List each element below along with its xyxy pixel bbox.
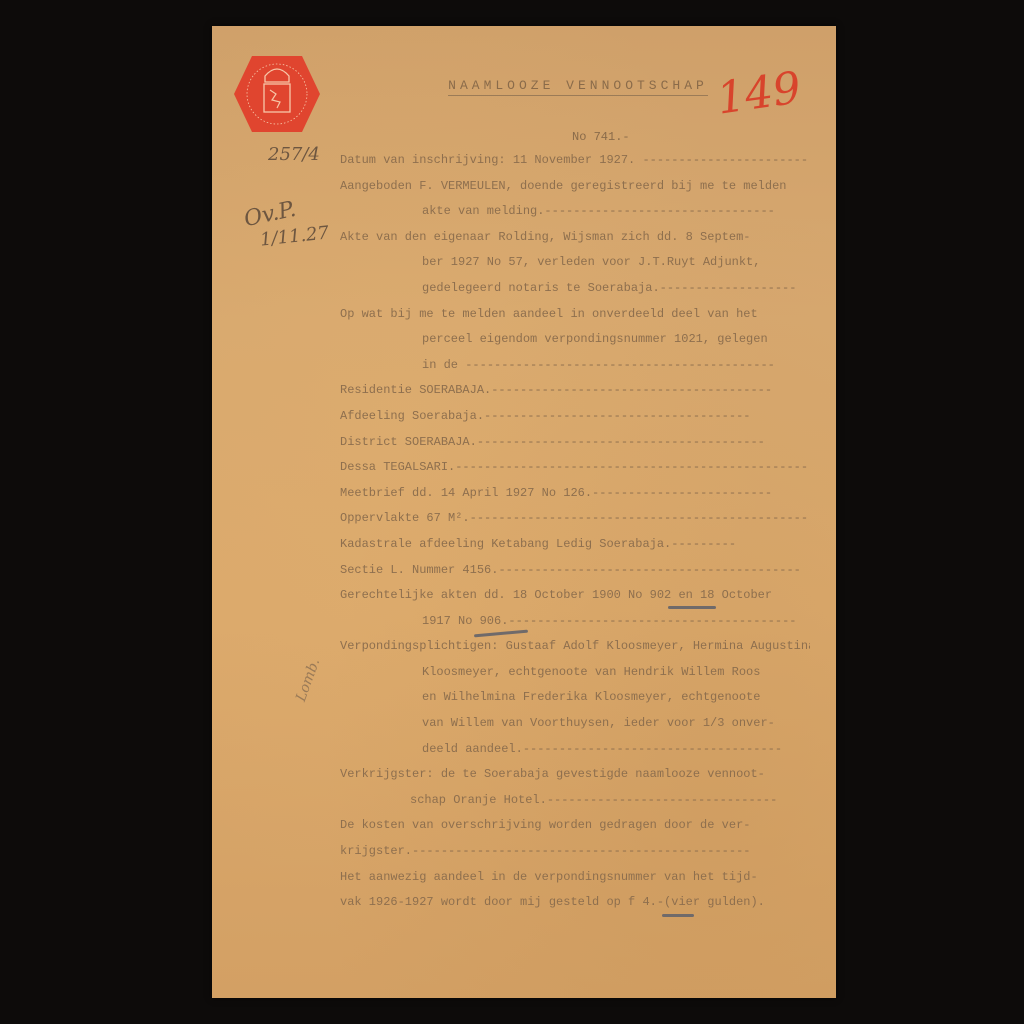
- document-title: NAAMLOOZE VENNOOTSCHAP: [448, 78, 708, 96]
- text-line: perceel eigendom verpondingsnummer 1021,…: [340, 327, 810, 353]
- text-line: krijgster.------------------------------…: [340, 839, 810, 865]
- registration-number: No 741.-: [572, 130, 630, 144]
- text-line: 1917 No 906.----------------------------…: [340, 609, 810, 635]
- text-line: Kadastrale afdeeling Ketabang Ledig Soer…: [340, 532, 810, 558]
- margin-side-note: Lomb.: [293, 656, 323, 703]
- text-line: Meetbrief dd. 14 April 1927 No 126.-----…: [340, 481, 810, 507]
- text-line: Op wat bij me te melden aandeel in onver…: [340, 302, 810, 328]
- text-line: Dessa TEGALSARI.------------------------…: [340, 455, 810, 481]
- text-line: Oppervlakte 67 M².----------------------…: [340, 506, 810, 532]
- text-line: Sectie L. Nummer 4156.------------------…: [340, 558, 810, 584]
- text-line: en Wilhelmina Frederika Kloosmeyer, echt…: [340, 685, 810, 711]
- text-line: Datum van inschrijving: 11 November 1927…: [340, 148, 810, 174]
- text-line: De kosten van overschrijving worden gedr…: [340, 813, 810, 839]
- text-line: vak 1926-1927 wordt door mij gesteld op …: [340, 890, 810, 916]
- document-page: NAAMLOOZE VENNOOTSCHAP 149 No 741.- 257/…: [212, 26, 836, 998]
- pencil-mark: [662, 914, 694, 917]
- revenue-stamp-seal-icon: [232, 54, 322, 134]
- text-line: Afdeeling Soerabaja.--------------------…: [340, 404, 810, 430]
- text-line: Aangeboden F. VERMEULEN, doende geregist…: [340, 174, 810, 200]
- text-line: in de ----------------------------------…: [340, 353, 810, 379]
- pencil-mark: [668, 606, 716, 609]
- text-line: akte van melding.-----------------------…: [340, 199, 810, 225]
- text-line: Het aanwezig aandeel in de verpondingsnu…: [340, 865, 810, 891]
- text-line: Gerechtelijke akten dd. 18 October 1900 …: [340, 583, 810, 609]
- text-line: District SOERABAJA.---------------------…: [340, 430, 810, 456]
- text-line: van Willem van Voorthuysen, ieder voor 1…: [340, 711, 810, 737]
- text-line: deeld aandeel.--------------------------…: [340, 737, 810, 763]
- text-line: Verpondingsplichtigen: Gustaaf Adolf Klo…: [340, 634, 810, 660]
- text-line: Residentie SOERABAJA.-------------------…: [340, 378, 810, 404]
- folio-number: 149: [714, 62, 804, 124]
- text-line: gedelegeerd notaris te Soerabaja.-------…: [340, 276, 810, 302]
- text-line: Akte van den eigenaar Rolding, Wijsman z…: [340, 225, 810, 251]
- text-line: Kloosmeyer, echtgenoote van Hendrik Will…: [340, 660, 810, 686]
- typed-body: Datum van inschrijving: 11 November 1927…: [340, 148, 810, 916]
- text-line: Verkrijgster: de te Soerabaja gevestigde…: [340, 762, 810, 788]
- text-line: ber 1927 No 57, verleden voor J.T.Ruyt A…: [340, 250, 810, 276]
- text-line: schap Oranje Hotel.---------------------…: [340, 788, 810, 814]
- margin-note-reference: 257/4: [268, 144, 320, 165]
